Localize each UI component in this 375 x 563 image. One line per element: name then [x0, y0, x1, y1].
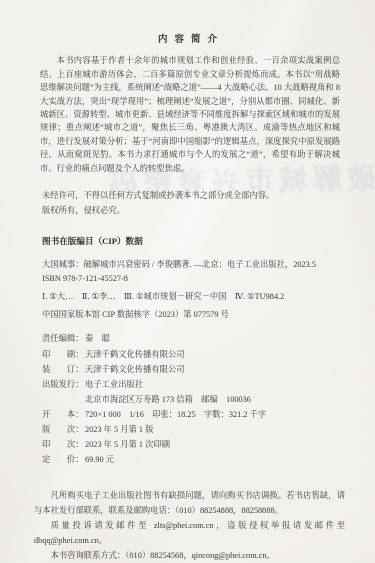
- copyright-notice-line2: 版权所有，侵权必究。: [42, 203, 340, 218]
- colophon-label: 版 次：: [42, 422, 85, 437]
- colophon-value: 69.90 元: [85, 455, 114, 464]
- copyright-notice-line1: 未经许可，不得以任何方式复制或抄袭本书之部分或全部内容。: [42, 188, 340, 203]
- colophon-row-printer: 印 刷：天津千鹤文化传播有限公司: [42, 347, 345, 362]
- colophon-label: 装 订：: [42, 362, 85, 377]
- intro-heading: 内容简介: [0, 0, 375, 47]
- colophon-value: 天津千鹤文化传播有限公司: [85, 350, 185, 359]
- colophon-label: 责任编辑：: [42, 331, 85, 346]
- colophon-value: 720×1 000 1/16 印张：18.25 字数：321.2 千字: [85, 410, 266, 419]
- cip-classification: Ⅰ. ①大… Ⅱ. ①李… Ⅲ. ①城市规划－研究－中国 Ⅳ. ①TU984.2: [42, 290, 340, 303]
- colophon-row-format: 开 本：720×1 000 1/16 印张：18.25 字数：321.2 千字: [42, 407, 345, 422]
- colophon-label: 定 价：: [42, 452, 85, 467]
- service-paragraph-complaint: 质量投诉请发邮件至 zlts@phei.com.cn，盗版侵权举报请发邮件至 d…: [34, 518, 345, 548]
- cip-heading: 图书在版编目（CIP）数据: [42, 235, 340, 248]
- colophon-label: 印 次：: [42, 437, 85, 452]
- colophon-row-impression: 印 次：2023 年 5 月第 1 次印刷: [42, 437, 345, 452]
- colophon-row-binder: 装 订：天津千鹤文化传播有限公司: [42, 362, 345, 377]
- book-copyright-page: 破解城市兴衰密码 内容简介 本书内容基于作者十余年的城市规划工作和创业经验、一百…: [0, 0, 375, 563]
- cip-isbn: ISBN 978-7-121-45527-8: [42, 272, 340, 286]
- colophon-value: 秦 聪: [85, 334, 110, 343]
- colophon-value: 2023 年 5 月第 1 次印刷: [85, 440, 170, 449]
- colophon-value: 天津千鹤文化传播有限公司: [85, 365, 185, 374]
- colophon-row-editor: 责任编辑：秦 聪: [42, 331, 345, 346]
- colophon-row-publisher: 出版发行：电子工业出版社: [42, 377, 345, 392]
- cip-record-line: 大国城事：破解城市兴衰密码 / 李俊鹏著. —北京：电子工业出版社，2023.5: [42, 258, 340, 272]
- colophon-label: 出版发行：: [42, 377, 85, 392]
- colophon-value: 电子工业出版社: [85, 380, 143, 389]
- colophon-row-price: 定 价：69.90 元: [42, 452, 345, 467]
- colophon-value: 2023 年 5 月第 1 版: [85, 425, 153, 434]
- copyright-notice: 未经许可，不得以任何方式复制或抄袭本书之部分或全部内容。 版权所有，侵权必究。: [42, 188, 340, 218]
- cip-registry-number: 中国国家版本馆 CIP 数据核字（2023）第 077579 号: [42, 308, 340, 321]
- page-content: 内容简介 本书内容基于作者十余年的城市规划工作和创业经验、一百余项实战案例总结、…: [0, 0, 375, 563]
- colophon: 责任编辑：秦 聪 印 刷：天津千鹤文化传播有限公司 装 订：天津千鹤文化传播有限…: [42, 331, 345, 467]
- cip-record-block: 大国城事：破解城市兴衰密码 / 李俊鹏著. —北京：电子工业出版社，2023.5…: [42, 258, 340, 286]
- colophon-label: 开 本：: [42, 407, 85, 422]
- intro-paragraph: 本书内容基于作者十余年的城市规划工作和创业经验、一百余项实战案例总结、上百座城市…: [40, 54, 340, 175]
- colophon-label: 印 刷：: [42, 347, 85, 362]
- service-paragraph-exchange: 凡所购买电子工业出版社图书有缺损问题，请向购买书店调换。若书店售缺，请与本社发行…: [34, 488, 345, 518]
- service-paragraph-contact: 本书咨询联系方式：（010）88254568，qincong@phei.com.…: [34, 548, 345, 563]
- colophon-row-address: 北京市海淀区万寿路 173 信箱 邮编 100036: [42, 392, 345, 407]
- colophon-row-edition: 版 次：2023 年 5 月第 1 版: [42, 422, 345, 437]
- colophon-value: 北京市海淀区万寿路 173 信箱 邮编 100036: [85, 395, 251, 404]
- publisher-service-note: 凡所购买电子工业出版社图书有缺损问题，请向购买书店调换。若书店售缺，请与本社发行…: [34, 488, 345, 563]
